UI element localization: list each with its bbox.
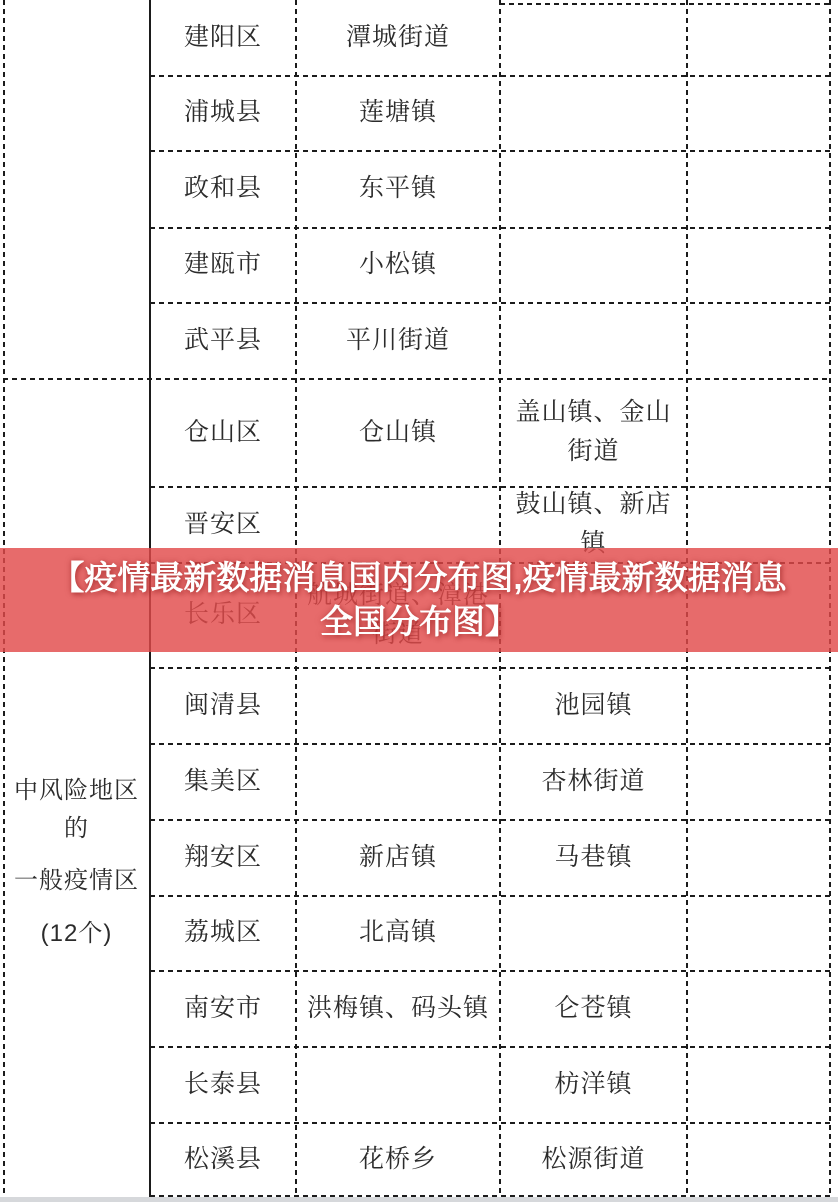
table-border-line	[500, 3, 830, 5]
town-cell: 洪梅镇、码头镇	[296, 970, 500, 1046]
town-cell: 潭城街道	[296, 0, 500, 75]
town-cell: 仑苍镇	[500, 970, 687, 1046]
district-cell: 闽清县	[150, 667, 296, 743]
town-cell: 仓山镇	[296, 378, 500, 486]
town-cell: 池园镇	[500, 667, 687, 743]
epidemic-risk-area-table-page: 中风险地区 的 一般疫情区 (12个) 建阳区 浦城县 政和县 建瓯市 武平县 …	[0, 0, 838, 1202]
town-cell: 花桥乡	[296, 1122, 500, 1197]
headline-text-line: 【疫情最新数据消息国内分布图,疫情最新数据消息	[51, 556, 786, 600]
district-cell: 荔城区	[150, 895, 296, 970]
town-cell: 松源街道	[500, 1122, 687, 1197]
district-cell: 翔安区	[150, 819, 296, 895]
town-cell: 北高镇	[296, 895, 500, 970]
town-cell: 新店镇	[296, 819, 500, 895]
headline-text-line: 全国分布图】	[320, 600, 518, 644]
row-group-label-line: 中风险地区	[3, 772, 150, 810]
district-cell: 仓山区	[150, 378, 296, 486]
district-cell: 政和县	[150, 150, 296, 227]
district-cell: 长泰县	[150, 1046, 296, 1122]
district-cell: 浦城县	[150, 75, 296, 150]
headline-banner-overlay: 【疫情最新数据消息国内分布图,疫情最新数据消息 全国分布图】	[0, 548, 838, 652]
row-group-label-line: 一般疫情区	[3, 862, 150, 900]
town-cell: 马巷镇	[500, 819, 687, 895]
bottom-edge-bar	[0, 1197, 838, 1202]
town-cell: 盖山镇、金山街道	[500, 378, 687, 486]
district-cell: 南安市	[150, 970, 296, 1046]
town-cell: 枋洋镇	[500, 1046, 687, 1122]
row-group-label-line: (12个)	[3, 915, 150, 953]
district-cell: 建瓯市	[150, 227, 296, 302]
district-cell: 松溪县	[150, 1122, 296, 1197]
row-group-label: 中风险地区 的 一般疫情区 (12个)	[3, 772, 150, 953]
town-cell: 杏林街道	[500, 743, 687, 819]
district-cell: 武平县	[150, 302, 296, 378]
row-group-label-line: 的	[3, 810, 150, 848]
town-cell: 莲塘镇	[296, 75, 500, 150]
town-cell: 小松镇	[296, 227, 500, 302]
town-cell: 东平镇	[296, 150, 500, 227]
town-cell: 平川街道	[296, 302, 500, 378]
district-cell: 建阳区	[150, 0, 296, 75]
district-cell: 集美区	[150, 743, 296, 819]
